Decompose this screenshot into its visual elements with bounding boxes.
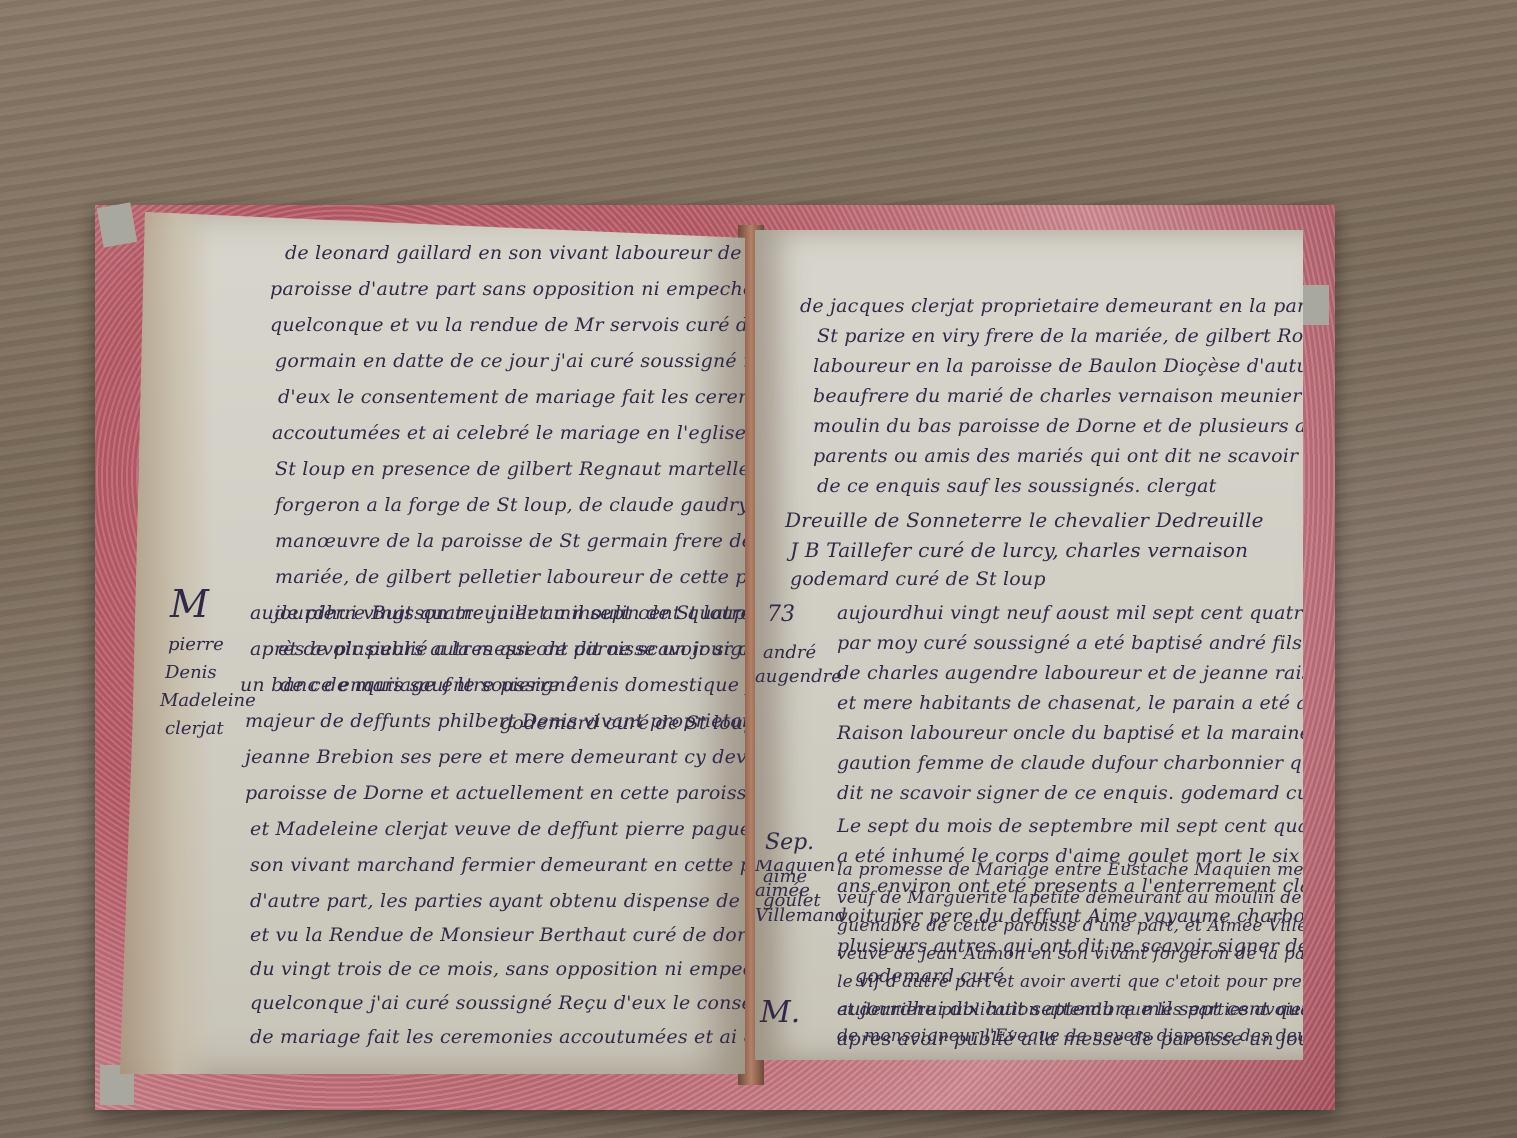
text-line: veuf de Marguerite lapetite demeurant au…: [837, 888, 1302, 908]
text-line: dit ne scavoir signer de ce enquis. gode…: [837, 782, 1303, 804]
text-line: par moy curé soussigné a eté baptisé and…: [837, 632, 1303, 654]
margin-marriage-mark: M: [170, 582, 209, 626]
signatures-line: J B Taillefer curé de lurcy, charles ver…: [790, 538, 1248, 562]
text-line: et derniere publication attendu que les …: [837, 1000, 1303, 1020]
margin-name: andré: [763, 642, 816, 663]
text-line: de charles augendre laboureur et de jean…: [837, 662, 1303, 684]
text-line: la promesse de Mariage entre Eustache Ma…: [837, 860, 1303, 880]
margin-entry-number: 73: [767, 602, 795, 627]
text-line: beaufrere du marié de charles vernaison …: [813, 385, 1303, 407]
margin-name: pierre: [168, 634, 224, 655]
text-line: de monseigneur l'Eveque de nevers dispen…: [837, 1026, 1303, 1046]
text-line: de jacques clerjat proprietaire demeuran…: [800, 295, 1303, 317]
text-line: accoutumées et ai celebré le mariage en …: [272, 422, 745, 444]
text-line: aujourdhui vingt neuf aoust mil sept cen…: [837, 602, 1303, 624]
corner-protector-top-left: [97, 202, 137, 247]
text-line: et vu la Rendue de Monsieur Berthaut cur…: [250, 924, 745, 946]
text-line: quelconque et vu la rendue de Mr servois…: [270, 314, 745, 336]
text-line: gaution femme de claude dufour charbonni…: [837, 752, 1303, 774]
signatures-line: godemard curé de St loup: [790, 568, 1046, 590]
right-page-bottom: Eustache Maquien aimée Villemand la prom…: [755, 860, 1303, 1060]
text-line: Raison laboureur oncle du baptisé et la …: [837, 722, 1303, 744]
text-line: d'autre part, les parties ayant obtenu d…: [250, 890, 745, 912]
margin-name: aimée: [755, 880, 810, 901]
text-line: son vivant marchand fermier demeurant en…: [250, 854, 745, 876]
text-line: parents ou amis des mariés qui ont dit n…: [813, 445, 1303, 467]
text-line: laboureur en la paroisse de Baulon Dioçè…: [813, 355, 1303, 377]
text-line: de ce enquis sauf les soussignés. clerga…: [817, 475, 1216, 497]
left-page-bottom: le mariage en l'eglise de St loup en pre…: [120, 1030, 745, 1110]
text-line: et Madeleine clerjat veuve de deffunt pi…: [250, 818, 745, 840]
margin-burial-mark: Sep.: [765, 830, 814, 855]
text-line: après avoir publié a la messe de paroiss…: [250, 638, 745, 660]
text-line: aujourdhui vingt quatre juillet mil sept…: [250, 602, 745, 624]
text-line: de leonard gaillard en son vivant labour…: [285, 242, 745, 264]
text-line: gormain en datte de ce jour j'ai curé so…: [275, 350, 745, 372]
text-line: paroisse de Dorne et actuellement en cet…: [245, 782, 745, 804]
text-line: veuve de jean Aumon en son vivant forger…: [837, 944, 1303, 964]
text-line: mariée, de gilbert pelletier laboureur d…: [275, 566, 745, 588]
left-page: de leonard gaillard en son vivant labour…: [120, 212, 745, 1074]
text-line: paroisse d'autre part sans opposition ni…: [270, 278, 745, 300]
text-line: d'eux le consentement de mariage fait le…: [278, 386, 745, 408]
text-line: moulin du bas paroisse de Dorne et de pl…: [813, 415, 1303, 437]
text-line: jeanne Brebion ses pere et mere demeuran…: [245, 746, 745, 768]
text-line: un banc de mariage entre pierre denis do…: [240, 674, 745, 696]
text-line: St loup en presence de gilbert Regnaut m…: [275, 458, 745, 480]
text-line: majeur de deffunts philbert Denis vivant…: [245, 710, 745, 732]
text-line: forgeron a la forge de St loup, de claud…: [275, 494, 745, 516]
text-line: le vif d'autre part et avoir averti que …: [837, 972, 1303, 992]
margin-name: augendre: [755, 666, 842, 687]
margin-name: clerjat: [165, 718, 224, 739]
text-line: et mere habitants de chasenat, le parain…: [837, 692, 1303, 714]
text-line: manœuvre de la paroisse de St germain fr…: [275, 530, 745, 552]
text-line: guenabre de cette paroisse d'une part, e…: [837, 916, 1303, 936]
signatures-line: Dreuille de Sonneterre le chevalier Dedr…: [785, 508, 1264, 532]
text-line: quelconque j'ai curé soussigné Reçu d'eu…: [250, 992, 745, 1014]
text-line: St parize en viry frere de la mariée, de…: [817, 325, 1303, 347]
margin-name: Villemand: [755, 905, 847, 926]
text-line: du vingt trois de ce mois, sans oppositi…: [250, 958, 745, 980]
text-line: Le sept du mois de septembre mil sept ce…: [837, 815, 1303, 837]
margin-name: Maquien: [755, 860, 835, 876]
margin-name: Denis: [165, 662, 217, 683]
